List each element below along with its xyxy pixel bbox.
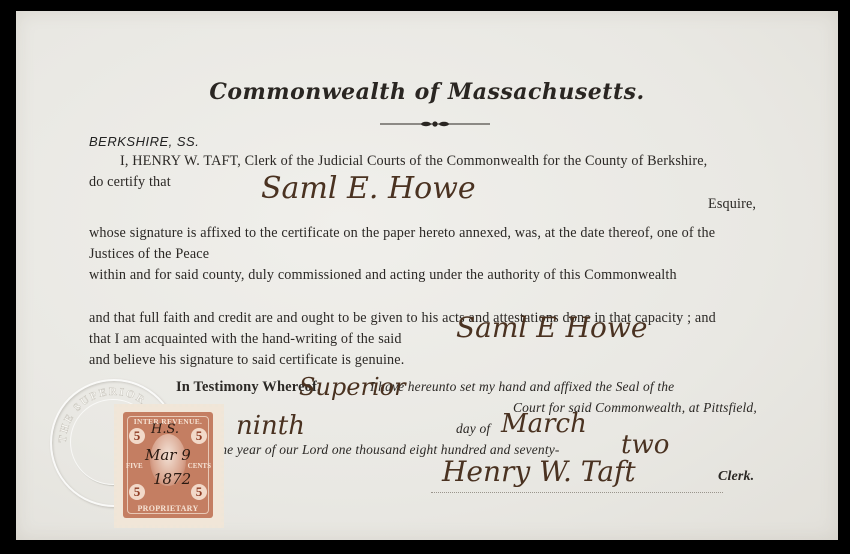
clerk-label: Clerk. (718, 469, 754, 485)
stamp-value-bl: 5 (129, 484, 145, 500)
stamp-cancel-2: Mar 9 (145, 446, 191, 464)
document-title: Commonwealth of Massachusetts. (16, 79, 838, 105)
certificate-line-2: do certify that (89, 174, 171, 191)
revenue-stamp: INTER.REVENUE. 5 5 5 5 FIVE CENTS PROPRI… (114, 404, 224, 528)
certificate-line-7: that I am acquainted with the hand-writi… (89, 331, 402, 348)
handwritten-justice-name-2: Saml E Howe (456, 311, 647, 344)
stamp-value-tr: 5 (191, 428, 207, 444)
county-heading: BERKSHIRE, SS. (89, 134, 199, 149)
stamp-cancel-3: 1872 (153, 470, 191, 488)
certificate-line-3: whose signature is affixed to the certif… (89, 225, 715, 242)
handwritten-justice-name: Saml E. Howe (261, 171, 476, 206)
stamp-left-text: FIVE (126, 462, 143, 470)
title-ornament-divider (380, 119, 490, 129)
stamp-right-text: CENTS (188, 462, 211, 470)
stamp-value-br: 5 (191, 484, 207, 500)
handwritten-clerk-signature: Henry W. Taft (442, 455, 636, 488)
stamp-body: INTER.REVENUE. 5 5 5 5 FIVE CENTS PROPRI… (123, 412, 213, 518)
testimony-text: I have hereunto set my hand and affixed … (370, 379, 674, 395)
certificate-line-1: I, HENRY W. TAFT, Clerk of the Judicial … (120, 153, 707, 170)
stamp-value-tl: 5 (129, 428, 145, 444)
esquire-label: Esquire, (708, 196, 756, 213)
handwritten-court: Superior (299, 373, 406, 401)
certificate-line-5: within and for said county, duly commiss… (89, 267, 677, 284)
stamp-bottom-text: PROPRIETARY (123, 504, 213, 513)
handwritten-day: ninth (236, 411, 305, 441)
day-of-label: day of (456, 421, 490, 437)
certificate-document: Commonwealth of Massachusetts. BERKSHIRE… (16, 11, 838, 540)
certificate-line-4: Justices of the Peace (89, 246, 209, 263)
certificate-line-8: and believe his signature to said certif… (89, 352, 404, 369)
stamp-cancel-1: H.S. (151, 422, 179, 437)
handwritten-month: March (501, 409, 587, 439)
signature-line (431, 492, 723, 493)
